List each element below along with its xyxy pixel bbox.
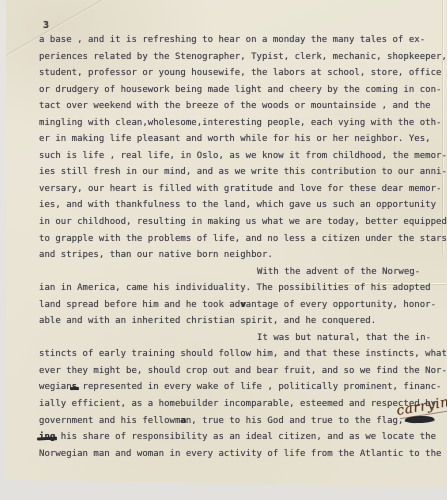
typed-line: Norwegian man and woman in every activit… bbox=[39, 446, 447, 463]
typed-line: able and with an inherited christian spi… bbox=[39, 313, 447, 330]
typed-segment: his share of responsibility as an ideal … bbox=[55, 432, 436, 442]
typed-line: ing his share of responsibility as an id… bbox=[39, 429, 447, 446]
typed-line-paragraph-start: With the advent of the Norweg- bbox=[39, 264, 447, 281]
typed-line: or drudgery of housework being made ligh… bbox=[39, 82, 447, 99]
typed-segment: land spread before him and he took ad bbox=[39, 300, 240, 310]
struck-out-letter: s bbox=[72, 382, 77, 392]
typed-line: a base , and it is refreshing to hear on… bbox=[39, 32, 447, 49]
struck-out-word: ing bbox=[39, 432, 55, 442]
typed-line: er in making life pleasant and worth whi… bbox=[39, 131, 447, 148]
typed-line-paragraph-start: It was but natural, that the in- bbox=[39, 330, 447, 347]
paper-sheet: 3 a base , and it is refreshing to hear … bbox=[6, 0, 447, 488]
typed-line: and stripes, than our native born neighb… bbox=[39, 247, 447, 264]
typed-line: stincts of early training should follow … bbox=[39, 346, 447, 363]
typed-segment: antage of every opportunity, honor- bbox=[246, 300, 436, 310]
typed-line: ian in America, came his individuality. … bbox=[39, 280, 447, 297]
typed-line: ies, and with thankfulness to the land, … bbox=[39, 197, 447, 214]
typed-line: ever they might be, should crop out and … bbox=[39, 363, 447, 380]
typed-line: ies still fresh in our mind, and as we w… bbox=[39, 164, 447, 181]
typed-line: student, professor or young housewife, t… bbox=[39, 65, 447, 82]
typed-line: periences related by the Stenographer, T… bbox=[39, 49, 447, 66]
typed-line: in our childhood, resulting in making us… bbox=[39, 214, 447, 231]
typed-line: such is life , real life, in Oslo, as we… bbox=[39, 148, 447, 165]
typed-line: tact over weekend with the breeze of the… bbox=[39, 98, 447, 115]
typed-line: government and his fellowman, true to hi… bbox=[39, 413, 447, 430]
typed-line: ially efficient, as a homebuilder incomp… bbox=[39, 396, 447, 413]
typed-text-block: a base , and it is refreshing to hear on… bbox=[39, 32, 447, 462]
typed-line: to grapple with the problems of life, an… bbox=[39, 231, 447, 248]
scanned-document: 3 a base , and it is refreshing to hear … bbox=[0, 0, 447, 500]
typed-segment: government and his fellowm bbox=[39, 416, 180, 426]
typed-line: versary, our heart is filled with gratit… bbox=[39, 181, 447, 198]
typed-line: land spread before him and he took advan… bbox=[39, 297, 447, 314]
typed-line: wegians represented in every wake of lif… bbox=[39, 379, 447, 396]
typed-segment: n, true to his God and true to the flag, bbox=[186, 416, 404, 426]
page-number: 3 bbox=[43, 20, 49, 31]
typed-segment: wegian bbox=[39, 382, 72, 392]
typed-line: mingling with clean,wholesome,interestin… bbox=[39, 115, 447, 132]
typed-segment: represented in every wake of life , poli… bbox=[77, 382, 441, 392]
